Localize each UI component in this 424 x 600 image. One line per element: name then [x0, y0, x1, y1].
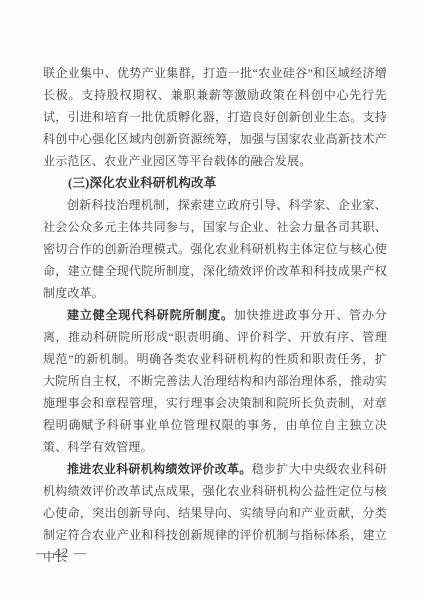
section-heading: (三)深化农业科研机构改革: [43, 172, 387, 194]
paragraph-performance-lead: 推进农业科研机构绩效评价改革。: [67, 462, 252, 476]
document-page: 联企业集中、优势产业集群，打造一批“农业硅谷”和区域经济增长极。支持股权期权、兼…: [0, 0, 424, 600]
paragraph-institute-lead: 建立健全现代科研院所制度。: [67, 308, 234, 322]
paragraph-performance-body: 稳步扩大中央级农业科研机构绩效评价改革试点成果，强化农业科研机构公益性定位与核心…: [43, 462, 387, 564]
paragraph-performance: 推进农业科研机构绩效评价改革。稳步扩大中央级农业科研机构绩效评价改革试点成果，强…: [43, 458, 387, 568]
page-body-text: 联企业集中、优势产业集群，打造一批“农业硅谷”和区域经济增长极。支持股权期权、兼…: [43, 62, 387, 568]
page-number: — 42 —: [36, 545, 88, 561]
paragraph-institute-body: 加快推进政事分开、管办分离，推动科研院所形成“职责明确、评价科学、开放有序、管理…: [43, 308, 387, 454]
paragraph-institute: 建立健全现代科研院所制度。加快推进政事分开、管办分离，推动科研院所形成“职责明确…: [43, 304, 387, 458]
paragraph-continuation: 联企业集中、优势产业集群，打造一批“农业硅谷”和区域经济增长极。支持股权期权、兼…: [43, 62, 387, 172]
paragraph-governance: 创新科技治理机制，探索建立政府引导、科学家、企业家、社会公众多元主体共同参与，国…: [43, 194, 387, 304]
